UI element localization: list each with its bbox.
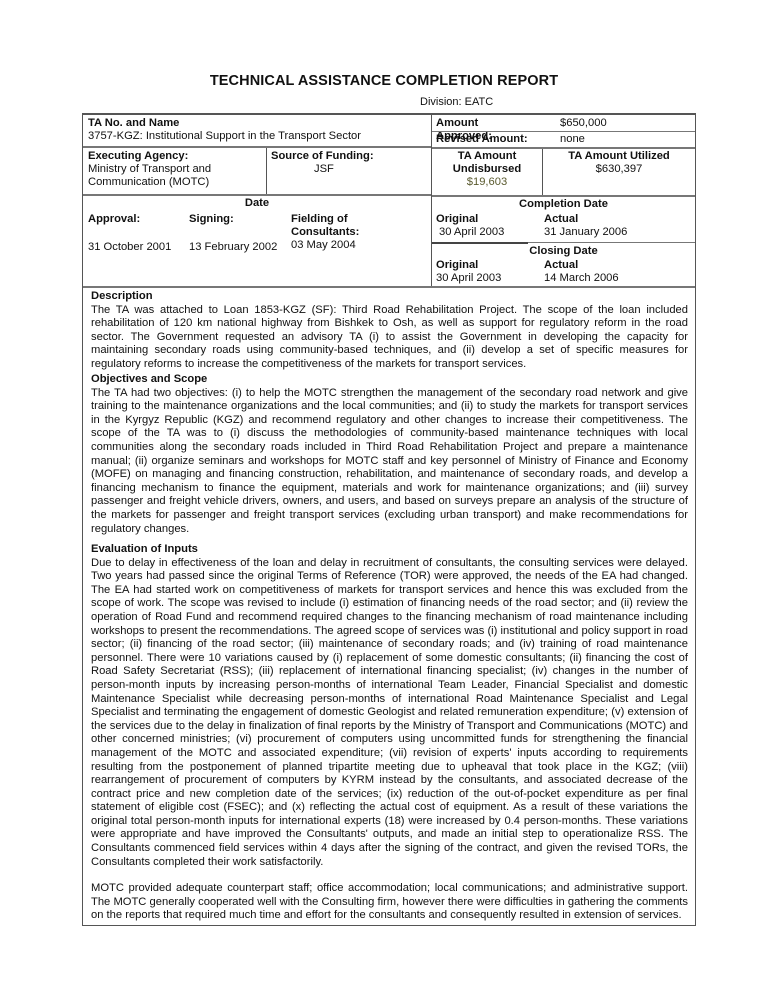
report-title: TECHNICAL ASSISTANCE COMPLETION REPORT <box>0 73 768 89</box>
utilized-cell: TA Amount Utilized $630,397 <box>543 150 695 176</box>
completion-original-label: Original <box>436 213 536 226</box>
executing-agency-line1: Ministry of Transport and <box>88 163 263 176</box>
revised-amount-label-text: Revised Amount: <box>436 133 528 145</box>
revised-amount-value: none <box>560 133 680 146</box>
source-funding-label: Source of Funding: <box>271 150 426 163</box>
divider <box>432 242 528 244</box>
divider <box>432 131 695 132</box>
ta-no-value: 3757-KGZ: Institutional Support in the T… <box>88 130 428 143</box>
signing-label: Signing: <box>189 213 289 226</box>
divider <box>528 242 695 243</box>
description-section: Description The TA was attached to Loan … <box>91 290 688 372</box>
evaluation-text: Due to delay in effectiveness of the loa… <box>91 557 688 870</box>
completion-original-value: 30 April 2003 <box>436 226 536 239</box>
utilized-value: $630,397 <box>543 163 695 176</box>
divider <box>83 286 695 288</box>
fielding-label-line1: Fielding of <box>291 213 426 226</box>
fielding-cell: Fielding of Consultants: 03 May 2004 <box>291 213 426 252</box>
fielding-label-line2: Consultants: <box>291 226 426 239</box>
source-funding-value: JSF <box>271 163 426 176</box>
fielding-value: 03 May 2004 <box>291 239 426 252</box>
objectives-section: Objectives and Scope The TA had two obje… <box>91 373 688 536</box>
report-box: TA No. and Name 3757-KGZ: Institutional … <box>82 113 696 926</box>
divider <box>83 194 431 196</box>
executing-agency-line2: Communication (MOTC) <box>88 176 263 189</box>
approval-label: Approval: <box>88 213 188 226</box>
completion-original-cell: Original 30 April 2003 <box>436 213 536 239</box>
approval-cell: Approval: 31 October 2001 <box>88 213 188 254</box>
signing-value: 13 February 2002 <box>189 241 289 254</box>
amount-approved-value: $650,000 <box>560 117 680 130</box>
executing-agency-cell: Executing Agency: Ministry of Transport … <box>88 150 263 189</box>
column-divider <box>431 242 432 286</box>
divider <box>432 147 695 149</box>
description-heading: Description <box>91 290 688 304</box>
ta-no-label: TA No. and Name <box>88 117 428 130</box>
closing-original-value: 30 April 2003 <box>436 272 536 285</box>
evaluation-heading: Evaluation of Inputs <box>91 543 688 557</box>
closing-original-label: Original <box>436 259 536 272</box>
description-text: The TA was attached to Loan 1853-KGZ (SF… <box>91 304 688 372</box>
divider <box>83 146 431 148</box>
signing-cell: Signing: 13 February 2002 <box>189 213 289 254</box>
utilized-label: TA Amount Utilized <box>543 150 695 163</box>
undisbursed-value: $19,603 <box>432 176 542 189</box>
objectives-text: The TA had two objectives: (i) to help t… <box>91 387 688 537</box>
completion-actual-cell: Actual 31 January 2006 <box>544 213 684 239</box>
source-funding-cell: Source of Funding: JSF <box>271 150 426 176</box>
divider <box>266 148 267 194</box>
closing-actual-value: 14 March 2006 <box>544 272 684 285</box>
divider <box>432 195 695 197</box>
objectives-heading: Objectives and Scope <box>91 373 688 387</box>
evaluation-section: Evaluation of Inputs Due to delay in eff… <box>91 543 688 923</box>
closing-actual-label: Actual <box>544 259 684 272</box>
closing-original-cell: Original 30 April 2003 <box>436 259 536 285</box>
approval-value: 31 October 2001 <box>88 241 188 254</box>
closing-actual-cell: Actual 14 March 2006 <box>544 259 684 285</box>
date-label: Date <box>83 197 431 210</box>
revised-amount-label: Revised Amount: <box>436 133 536 146</box>
division-label: Division: EATC <box>420 96 493 108</box>
ta-no-cell: TA No. and Name 3757-KGZ: Institutional … <box>88 117 428 143</box>
completion-date-label: Completion Date <box>432 198 695 211</box>
completion-actual-label: Actual <box>544 213 684 226</box>
evaluation-text-2: MOTC provided adequate counterpart staff… <box>91 882 688 923</box>
executing-agency-label: Executing Agency: <box>88 150 263 163</box>
undisbursed-label: TA Amount Undisbursed <box>432 150 542 176</box>
completion-actual-value: 31 January 2006 <box>544 226 684 239</box>
undisbursed-cell: TA Amount Undisbursed $19,603 <box>432 150 542 189</box>
closing-date-label: Closing Date <box>432 245 695 258</box>
